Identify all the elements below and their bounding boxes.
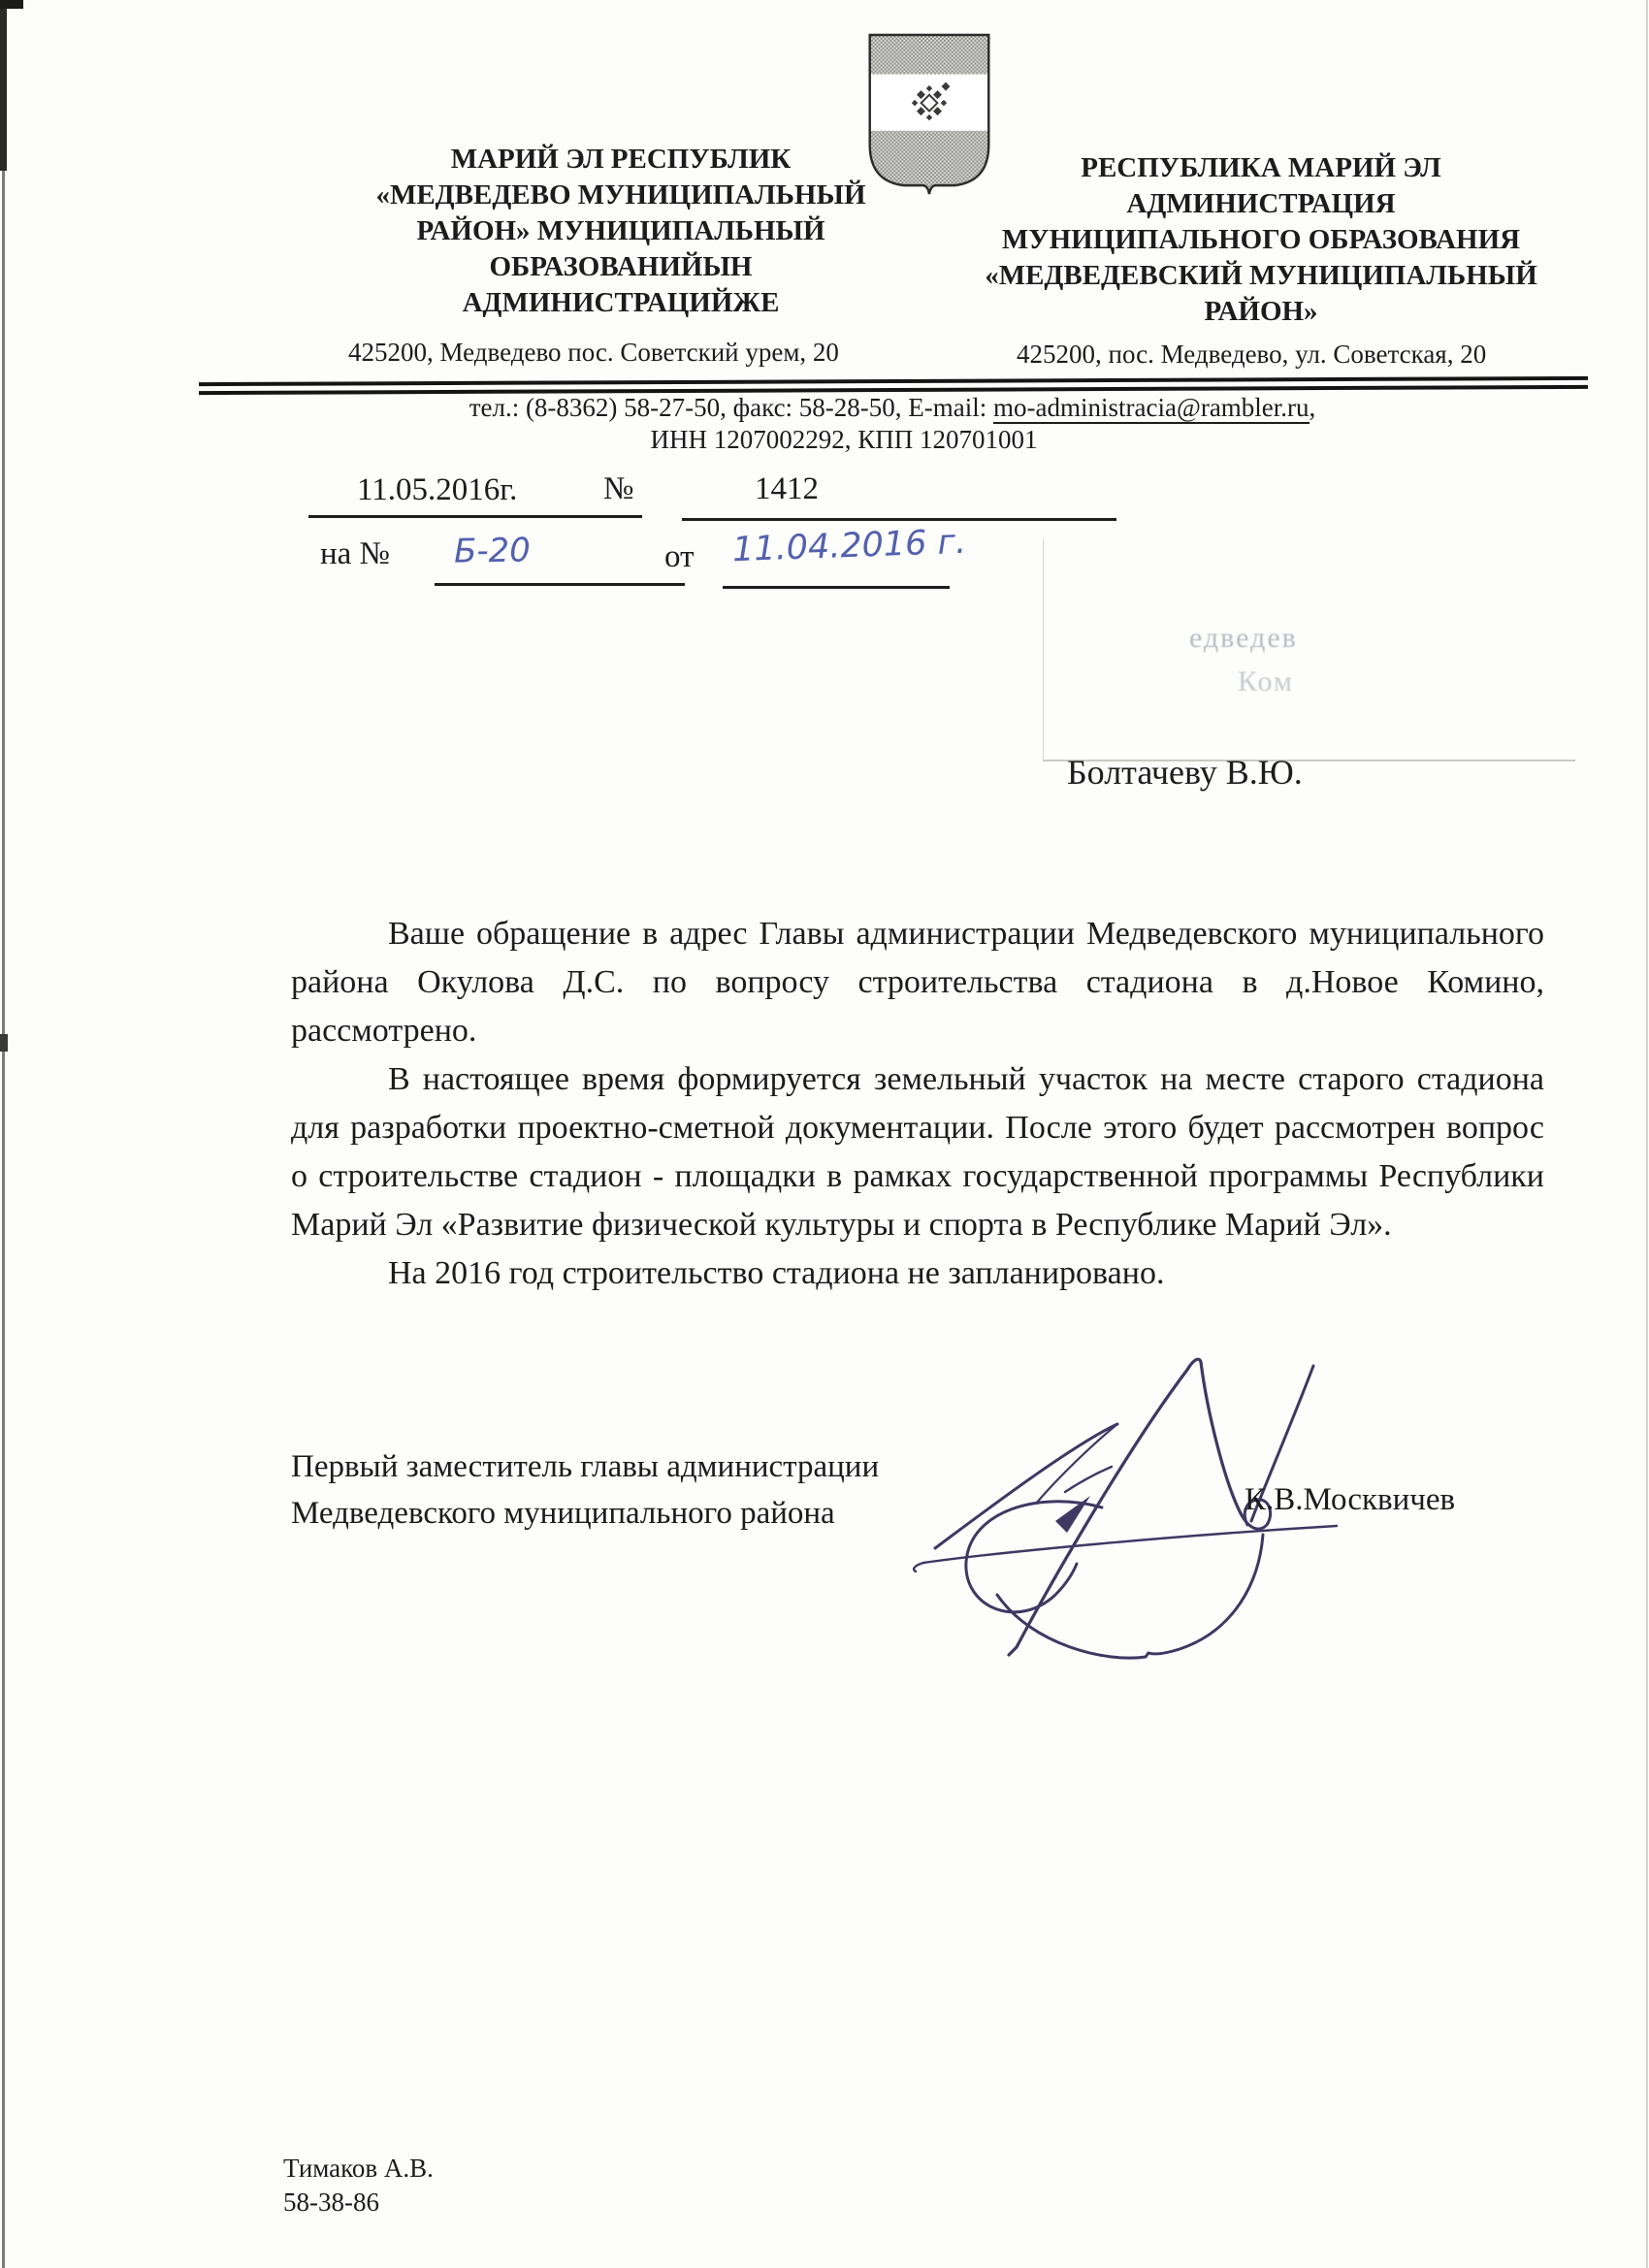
incoming-number-underline bbox=[435, 583, 685, 586]
ghost-stamp-text: Ком bbox=[1238, 665, 1294, 698]
contact-line: тел.: (8-8362) 58-27-50, факс: 58-28-50,… bbox=[194, 392, 1591, 423]
inn-kpp-line: ИНН 1207002292, КПП 120701001 bbox=[194, 425, 1494, 455]
phone-fax-text: тел.: (8-8362) 58-27-50, факс: 58-28-50,… bbox=[469, 393, 993, 422]
na-no-label: на № bbox=[320, 536, 390, 572]
taped-over-stamp-patch: едведев Ком bbox=[1043, 539, 1575, 761]
org-name-russian: РЕСПУБЛИКА МАРИЙ ЭЛ bbox=[921, 150, 1600, 186]
paragraph: Ваше обращение в адрес Главы администрац… bbox=[291, 910, 1544, 1055]
paragraph: В настоящее время формируется земельный … bbox=[291, 1055, 1544, 1249]
org-name-mari: «МЕДВЕДЕВО МУНИЦИПАЛЬНЫЙ bbox=[272, 178, 970, 213]
ot-label: от bbox=[664, 539, 695, 575]
divider-rule-top bbox=[199, 376, 1588, 386]
contact-comma: , bbox=[1309, 393, 1316, 422]
signer-position: Первый заместитель главы администрации М… bbox=[291, 1443, 879, 1537]
address-right: 425200, пос. Медведево, ул. Советская, 2… bbox=[1017, 340, 1486, 370]
letterhead-right-column: РЕСПУБЛИКА МАРИЙ ЭЛ АДМИНИСТРАЦИЯ МУНИЦИ… bbox=[921, 150, 1600, 330]
scan-edge-dark-segment bbox=[0, 0, 7, 171]
org-name-russian: АДМИНИСТРАЦИЯ bbox=[921, 186, 1600, 222]
executor-phone: 58-38-86 bbox=[283, 2186, 434, 2219]
scan-edge-line bbox=[2, 0, 5, 2268]
incoming-date-underline bbox=[723, 586, 950, 589]
outgoing-number: 1412 bbox=[755, 471, 819, 507]
org-name-russian: МУНИЦИПАЛЬНОГО ОБРАЗОВАНИЯ bbox=[921, 222, 1600, 258]
letter-body: Ваше обращение в адрес Главы администрац… bbox=[291, 910, 1544, 1298]
scan-edge-right bbox=[1646, 0, 1648, 2268]
org-name-russian: РАЙОН» bbox=[921, 294, 1600, 330]
org-name-mari: АДМИНИСТРАЦИЙЖЕ bbox=[272, 285, 970, 321]
executor-name: Тимаков А.В. bbox=[283, 2152, 434, 2186]
signer-position-line1: Первый заместитель главы администрации bbox=[291, 1443, 879, 1490]
incoming-date-handwritten: 11.04.2016 г. bbox=[731, 523, 966, 569]
signer-position-line2: Медведевского муниципального района bbox=[291, 1490, 879, 1537]
org-name-mari: МАРИЙ ЭЛ РЕСПУБЛИК bbox=[272, 142, 970, 178]
date-underline bbox=[308, 515, 642, 518]
number-underline bbox=[682, 518, 1116, 521]
email-text: mo-administracia@rambler.ru bbox=[993, 393, 1309, 424]
org-name-mari: РАЙОН» МУНИЦИПАЛЬНЫЙ bbox=[272, 213, 970, 249]
scanned-letter-page: МАРИЙ ЭЛ РЕСПУБЛИК «МЕДВЕДЕВО МУНИЦИПАЛЬ… bbox=[0, 0, 1649, 2268]
outgoing-date: 11.05.2016г. bbox=[357, 472, 517, 508]
paragraph: На 2016 год строительство стадиона не за… bbox=[291, 1249, 1544, 1298]
scan-edge-dash bbox=[0, 1034, 8, 1052]
signer-name: К.В.Москвичев bbox=[1245, 1482, 1455, 1518]
recipient-name: Болтачеву В.Ю. bbox=[1067, 752, 1303, 793]
executor-block: Тимаков А.В. 58-38-86 bbox=[283, 2152, 434, 2219]
org-name-mari: ОБРАЗОВАНИЙЫН bbox=[272, 249, 970, 285]
letterhead-left-column: МАРИЙ ЭЛ РЕСПУБЛИК «МЕДВЕДЕВО МУНИЦИПАЛЬ… bbox=[272, 142, 970, 321]
incoming-number-handwritten: Б-20 bbox=[454, 531, 532, 570]
scan-corner-mark bbox=[0, 0, 23, 9]
org-name-russian: «МЕДВЕДЕВСКИЙ МУНИЦИПАЛЬНЫЙ bbox=[921, 258, 1600, 294]
ghost-stamp-text: едведев bbox=[1189, 622, 1298, 655]
number-sign: № bbox=[603, 471, 634, 507]
address-left: 425200, Медведево пос. Советский урем, 2… bbox=[348, 338, 839, 368]
